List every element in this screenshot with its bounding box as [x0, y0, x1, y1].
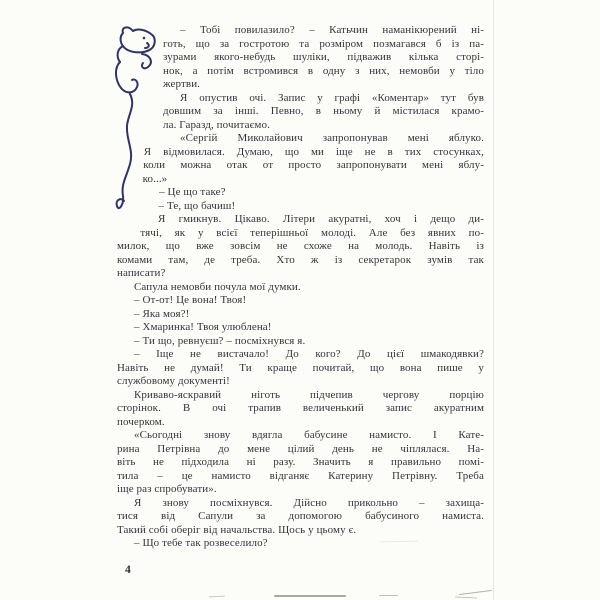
scan-artifact — [274, 595, 346, 597]
ornament-float — [117, 24, 163, 236]
page-edge-line — [493, 0, 494, 600]
paragraphs-container: – Тобі повилазило? – Катьчин наманікюрен… — [117, 24, 484, 551]
paragraph: Сапула немовби почула мої думки. — [117, 281, 484, 295]
text-line: ла. Гаразд, почитаємо. — [117, 119, 484, 133]
text-line: віть не підходила ні разу. Значить я пра… — [117, 456, 484, 470]
text-line: – Це що таке? — [117, 186, 484, 200]
text-line: Я відмовилася. Думаю, що ми іще не в тих… — [117, 146, 484, 160]
paragraph: «Сьогодні знову вдягла бабусине намисто.… — [117, 429, 484, 497]
paragraph: Я гмикнув. Цікаво. Літери акуратні, хоч … — [117, 213, 484, 281]
text-line: службовому документі! — [117, 375, 484, 389]
paragraph: – От-от! Це вона! Твоя! — [117, 294, 484, 308]
text-line: нок, а потім встромився в одну з них, не… — [117, 65, 484, 79]
scan-artifact — [459, 590, 492, 595]
text-line: написати? — [117, 267, 484, 281]
text-line: зурами якого-небудь шуліки, підважив кіл… — [117, 51, 484, 65]
text-line: тила – це намисто відганяє Катерину Петр… — [117, 470, 484, 484]
text-line: готь, що за гостротою та розміром позмаг… — [117, 38, 484, 52]
text-line: Я знову посміхнувся. Дійсно прикольно – … — [117, 497, 484, 511]
text-line: Навіть не думай! Ти краще почитай, що во… — [117, 362, 484, 376]
scan-artifact — [455, 596, 477, 598]
text-line: – Хмаринка! Твоя улюблена! — [117, 321, 484, 335]
paragraph: – Хмаринка! Твоя улюблена! — [117, 321, 484, 335]
text-line: тячі, як у всієї теперішньої молоді. Але… — [117, 227, 484, 241]
paragraph: «Сергій Миколайович запропонував мені яб… — [117, 132, 484, 186]
paragraph: Криваво-яскравий ніготь підчепив чергову… — [117, 389, 484, 430]
text-line: – От-от! Це вона! Твоя! — [117, 294, 484, 308]
text-line: почерком. — [117, 416, 484, 430]
text-line: – Тобі повилазило? – Катьчин наманікюрен… — [117, 24, 484, 38]
paragraph: – Те, що бачиш! — [117, 200, 484, 214]
text-line: коли можна отак от просто запропонувати … — [117, 159, 484, 173]
text-line: Сапула немовби почула мої думки. — [117, 281, 484, 295]
paragraph: Я опустив очі. Запис у графі «Коментар» … — [117, 92, 484, 133]
text-line: сторінок. В очі трапив величенький запис… — [117, 402, 484, 416]
paragraph: – Це що таке? — [117, 186, 484, 200]
text-line: – Іще не вистачало! До кого? До цієї шма… — [117, 348, 484, 362]
text-line: – Яка моя?! — [117, 308, 484, 322]
monkey-ornament-icon — [114, 24, 160, 234]
text-line: Такий собі оберіг від начальства. Щось у… — [117, 524, 484, 538]
text-line: тися від Сапули за допомогою бабусиного … — [117, 510, 484, 524]
text-line: милок, що вже зовсім не схоже на молодь.… — [117, 240, 484, 254]
text-line: – Ти що, ревнуєш? – посміхнувся я. — [117, 335, 484, 349]
text-line: ко...» — [117, 173, 484, 187]
book-page: – Тобі повилазило? – Катьчин наманікюрен… — [0, 0, 600, 600]
paragraph: – Іще не вистачало! До кого? До цієї шма… — [117, 348, 484, 389]
text-line: – Що тебе так розвеселило? — [117, 537, 484, 551]
paragraph: – Ти що, ревнуєш? – посміхнувся я. — [117, 335, 484, 349]
page-number: 4 — [125, 564, 131, 576]
page-text: – Тобі повилазило? – Катьчин наманікюрен… — [117, 24, 484, 551]
paragraph: – Тобі повилазило? – Катьчин наманікюрен… — [117, 24, 484, 92]
text-line: довшим за інші. Певно, в ньому й містила… — [117, 105, 484, 119]
scan-artifact — [379, 595, 398, 596]
text-line: Я гмикнув. Цікаво. Літери акуратні, хоч … — [117, 213, 484, 227]
text-line: «Сьогодні знову вдягла бабусине намисто.… — [117, 429, 484, 443]
text-line: рина Петрівна до мене цілий день не чіпл… — [117, 443, 484, 457]
paragraph: Я знову посміхнувся. Дійсно прикольно – … — [117, 497, 484, 538]
paragraph: – Що тебе так розвеселило? — [117, 537, 484, 551]
scan-artifact — [209, 596, 225, 598]
text-line: жертви. — [117, 78, 484, 92]
text-line: іще раз спробувати». — [117, 483, 484, 497]
paragraph: – Яка моя?! — [117, 308, 484, 322]
text-line: «Сергій Миколайович запропонував мені яб… — [117, 132, 484, 146]
text-line: Я опустив очі. Запис у графі «Коментар» … — [117, 92, 484, 106]
text-line: – Те, що бачиш! — [117, 200, 484, 214]
text-line: Криваво-яскравий ніготь підчепив чергову… — [117, 389, 484, 403]
text-line: комами там, де треба. Хто ж із секретаро… — [117, 254, 484, 268]
